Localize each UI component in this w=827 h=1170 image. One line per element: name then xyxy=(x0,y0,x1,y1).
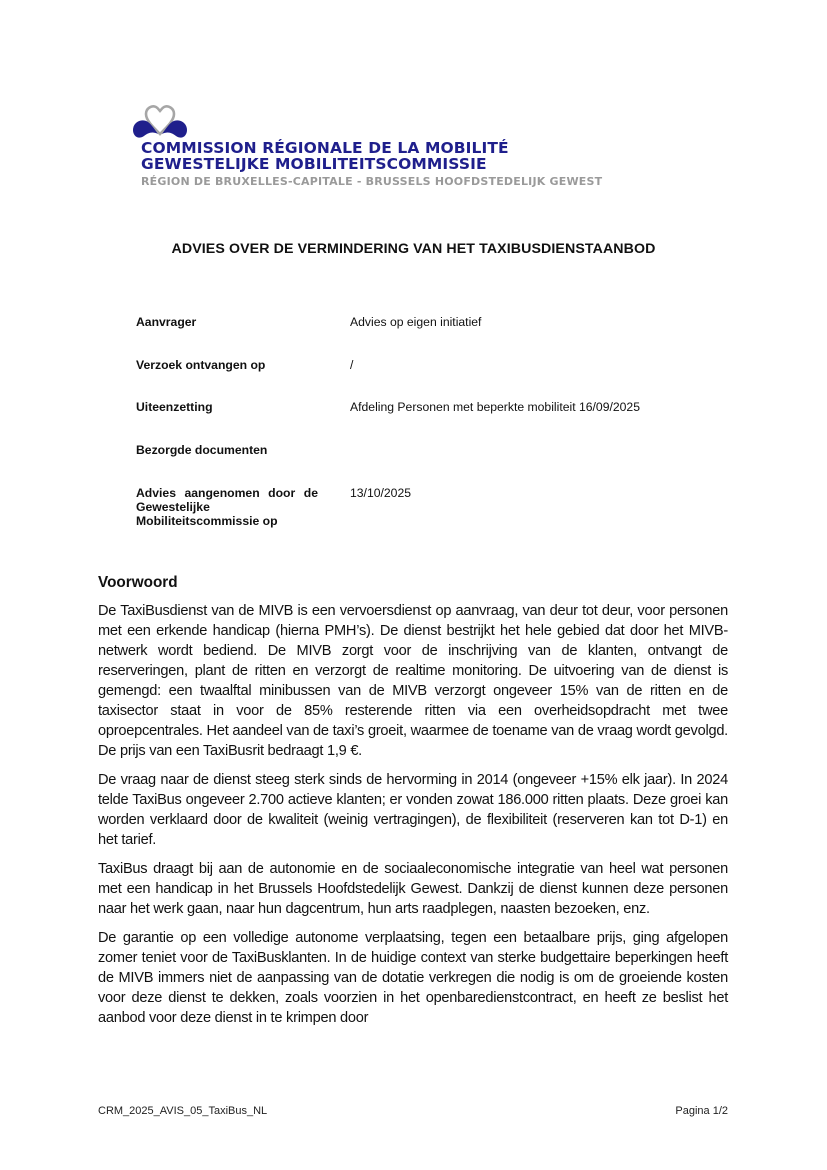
meta-row-uiteenzetting: Uiteenzetting Afdeling Personen met bepe… xyxy=(136,400,640,414)
organization-name: COMMISSION RÉGIONALE DE LA MOBILITÉ GEWE… xyxy=(141,140,602,189)
document-title: ADVIES OVER DE VERMINDERING VAN HET TAXI… xyxy=(0,241,827,257)
meta-label: Uiteenzetting xyxy=(136,400,350,414)
document-id: CRM_2025_AVIS_05_TaxiBus_NL xyxy=(98,1105,267,1117)
meta-label: Verzoek ontvangen op xyxy=(136,358,350,372)
meta-value: 13/10/2025 xyxy=(350,486,411,528)
org-name-nl: GEWESTELIJKE MOBILITEITSCOMMISSIE xyxy=(141,156,602,172)
page-number: Pagina 1/2 xyxy=(675,1105,728,1117)
meta-value: / xyxy=(350,358,353,372)
meta-row-aanvrager: Aanvrager Advies op eigen initiatief xyxy=(136,315,481,329)
meta-value: Advies op eigen initiatief xyxy=(350,315,481,329)
meta-label-line: Advies aangenomen door de xyxy=(136,486,318,500)
meta-label-line: Mobiliteitscommissie op xyxy=(136,514,318,528)
org-name-fr: COMMISSION RÉGIONALE DE LA MOBILITÉ xyxy=(141,140,602,156)
org-region: RÉGION DE BRUXELLES-CAPITALE - BRUSSELS … xyxy=(141,174,602,189)
page-footer: CRM_2025_AVIS_05_TaxiBus_NL Pagina 1/2 xyxy=(98,1105,728,1117)
meta-label: Aanvrager xyxy=(136,315,350,329)
meta-row-verzoek: Verzoek ontvangen op / xyxy=(136,358,353,372)
meta-row-aangenomen: Advies aangenomen door de Gewestelijke M… xyxy=(136,486,411,528)
meta-value: Afdeling Personen met beperkte mobilitei… xyxy=(350,400,640,414)
section-voorwoord: Voorwoord De TaxiBusdienst van de MIVB i… xyxy=(98,574,728,1037)
meta-label-line: Gewestelijke xyxy=(136,500,318,514)
paragraph: De vraag naar de dienst steeg sterk sind… xyxy=(98,770,728,850)
paragraph: TaxiBus draagt bij aan de autonomie en d… xyxy=(98,859,728,919)
heart-waves-logo-icon xyxy=(132,104,188,140)
paragraph: De TaxiBusdienst van de MIVB is een verv… xyxy=(98,601,728,761)
meta-label: Bezorgde documenten xyxy=(136,443,350,457)
meta-label: Advies aangenomen door de Gewestelijke M… xyxy=(136,486,318,528)
meta-row-documenten: Bezorgde documenten xyxy=(136,443,350,457)
paragraph: De garantie op een volledige autonome ve… xyxy=(98,928,728,1028)
section-heading: Voorwoord xyxy=(98,574,728,592)
